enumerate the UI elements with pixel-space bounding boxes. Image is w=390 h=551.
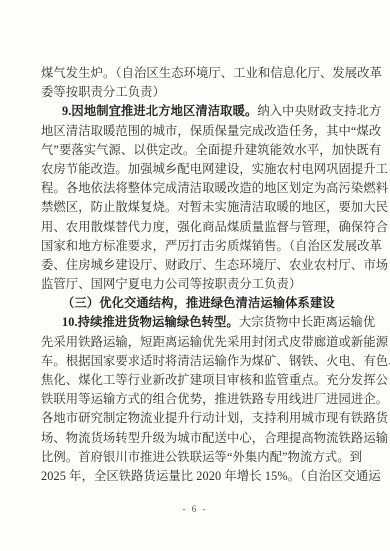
line-regular-text: 2025 年，全区铁路货运量比 2020 年增长 15%。（自治区交通运 (41, 469, 381, 483)
text-line: 程。各地依法将整体完成清洁取暖改造的地区划定为高污染燃料 (41, 179, 355, 198)
text-line: 先采用铁路运输，短距离运输优先采用封闭式皮带廊道或新能源 (41, 333, 355, 352)
line-regular-text: 程。各地依法将整体完成清洁取暖改造的地区划定为高污染燃料 (41, 181, 388, 195)
line-regular-text: 场、物流货场转型升级为城市配送中心，合理提高物流铁路运输 (41, 431, 388, 445)
line-regular-text: 各地市研究制定物流业提升行动计划，支持利用城市现有铁路货 (41, 411, 388, 425)
text-line: 车。根据国家要求适时将清洁运输作为煤矿、钢铁、火电、有色、 (41, 352, 355, 371)
text-line: 煤气发生炉。（自治区生态环境厅、工业和信息化厅、发展改革 (41, 64, 355, 83)
text-line: 委、住房城乡建设厅、财政厅、生态环境厅、农业农村厅、市场 (41, 256, 355, 275)
text-line: 各地市研究制定物流业提升行动计划，支持利用城市现有铁路货 (41, 409, 355, 428)
line-regular-text: 焦化、煤化工等行业新改扩建项目审核和监管重点。充分发挥公 (41, 373, 388, 387)
text-line: 焦化、煤化工等行业新改扩建项目审核和监管重点。充分发挥公 (41, 371, 355, 390)
line-regular-text: 禁燃区，防止散煤复烧。对暂未实施清洁取暖的地区，要加大民 (41, 200, 388, 214)
line-regular-text: 国家和地方标准要求，严厉打击劣质煤销售。（自治区发展改革 (41, 239, 382, 253)
text-line: 委等按职责分工负责） (41, 83, 355, 102)
document-page: 煤气发生炉。（自治区生态环境厅、工业和信息化厅、发展改革委等按职责分工负责）9.… (0, 0, 390, 551)
line-bold-text: 10.持续推进货物运输绿色转型。 (62, 315, 239, 329)
text-line: 10.持续推进货物运输绿色转型。大宗货物中长距离运输优 (41, 313, 355, 332)
line-regular-text: 地区清洁取暖范围的城市，保质保量完成改造任务，其中“煤改 (41, 124, 381, 138)
page-number: - 6 - (0, 504, 390, 514)
line-bold-text: 9.因地制宜推进北方地区清洁取暖。 (62, 104, 257, 118)
line-regular-text: 先采用铁路运输，短距离运输优先采用封闭式皮带廊道或新能源 (41, 335, 388, 349)
text-line: 禁燃区，防止散煤复烧。对暂未实施清洁取暖的地区，要加大民 (41, 198, 355, 217)
line-regular-text: 煤气发生炉。（自治区生态环境厅、工业和信息化厅、发展改革 (41, 66, 382, 80)
line-regular-text: 委等按职责分工负责） (41, 85, 165, 99)
line-regular-text: 纳入中央财政支持北方 (257, 104, 381, 118)
line-bold-text: （三）优化交通结构，推进绿色清洁运输体系建设 (62, 296, 335, 310)
line-regular-text: 铁联用等运输方式的组合优势，推进铁路专用线进厂进园进企。 (41, 392, 388, 406)
text-line: 农房节能改造。加强城乡配电网建设，实施农村电网巩固提升工 (41, 160, 355, 179)
text-line: 场、物流货场转型升级为城市配送中心，合理提高物流铁路运输 (41, 429, 355, 448)
line-regular-text: 大宗货物中长距离运输优 (239, 315, 375, 329)
text-line: 地区清洁取暖范围的城市，保质保量完成改造任务，其中“煤改 (41, 122, 355, 141)
line-regular-text: 用、农用散煤替代力度，强化商品煤质量监督与管理，确保符合 (41, 220, 388, 234)
text-line: 国家和地方标准要求，严厉打击劣质煤销售。（自治区发展改革 (41, 237, 355, 256)
text-line: （三）优化交通结构，推进绿色清洁运输体系建设 (41, 294, 355, 313)
line-regular-text: 委、住房城乡建设厅、财政厅、生态环境厅、农业农村厅、市场 (41, 258, 388, 272)
text-line: 气”要落实气源、以供定改。全面提升建筑能效水平，加快既有 (41, 141, 355, 160)
text-line: 监管厅、国网宁夏电力公司等按职责分工负责） (41, 275, 355, 294)
text-line: 9.因地制宜推进北方地区清洁取暖。纳入中央财政支持北方 (41, 102, 355, 121)
line-regular-text: 气”要落实气源、以供定改。全面提升建筑能效水平，加快既有 (41, 143, 381, 157)
document-text-block: 煤气发生炉。（自治区生态环境厅、工业和信息化厅、发展改革委等按职责分工负责）9.… (41, 64, 355, 486)
line-regular-text: 农房节能改造。加强城乡配电网建设，实施农村电网巩固提升工 (41, 162, 388, 176)
text-line: 2025 年，全区铁路货运量比 2020 年增长 15%。（自治区交通运 (41, 467, 355, 486)
line-regular-text: 比例。首府银川市推进公铁联运等“外集内配”物流方式。到 (41, 450, 362, 464)
text-line: 用、农用散煤替代力度，强化商品煤质量监督与管理，确保符合 (41, 218, 355, 237)
text-line: 铁联用等运输方式的组合优势，推进铁路专用线进厂进园进企。 (41, 390, 355, 409)
line-regular-text: 监管厅、国网宁夏电力公司等按职责分工负责） (41, 277, 301, 291)
text-line: 比例。首府银川市推进公铁联运等“外集内配”物流方式。到 (41, 448, 355, 467)
line-regular-text: 车。根据国家要求适时将清洁运输作为煤矿、钢铁、火电、有色、 (41, 354, 390, 368)
